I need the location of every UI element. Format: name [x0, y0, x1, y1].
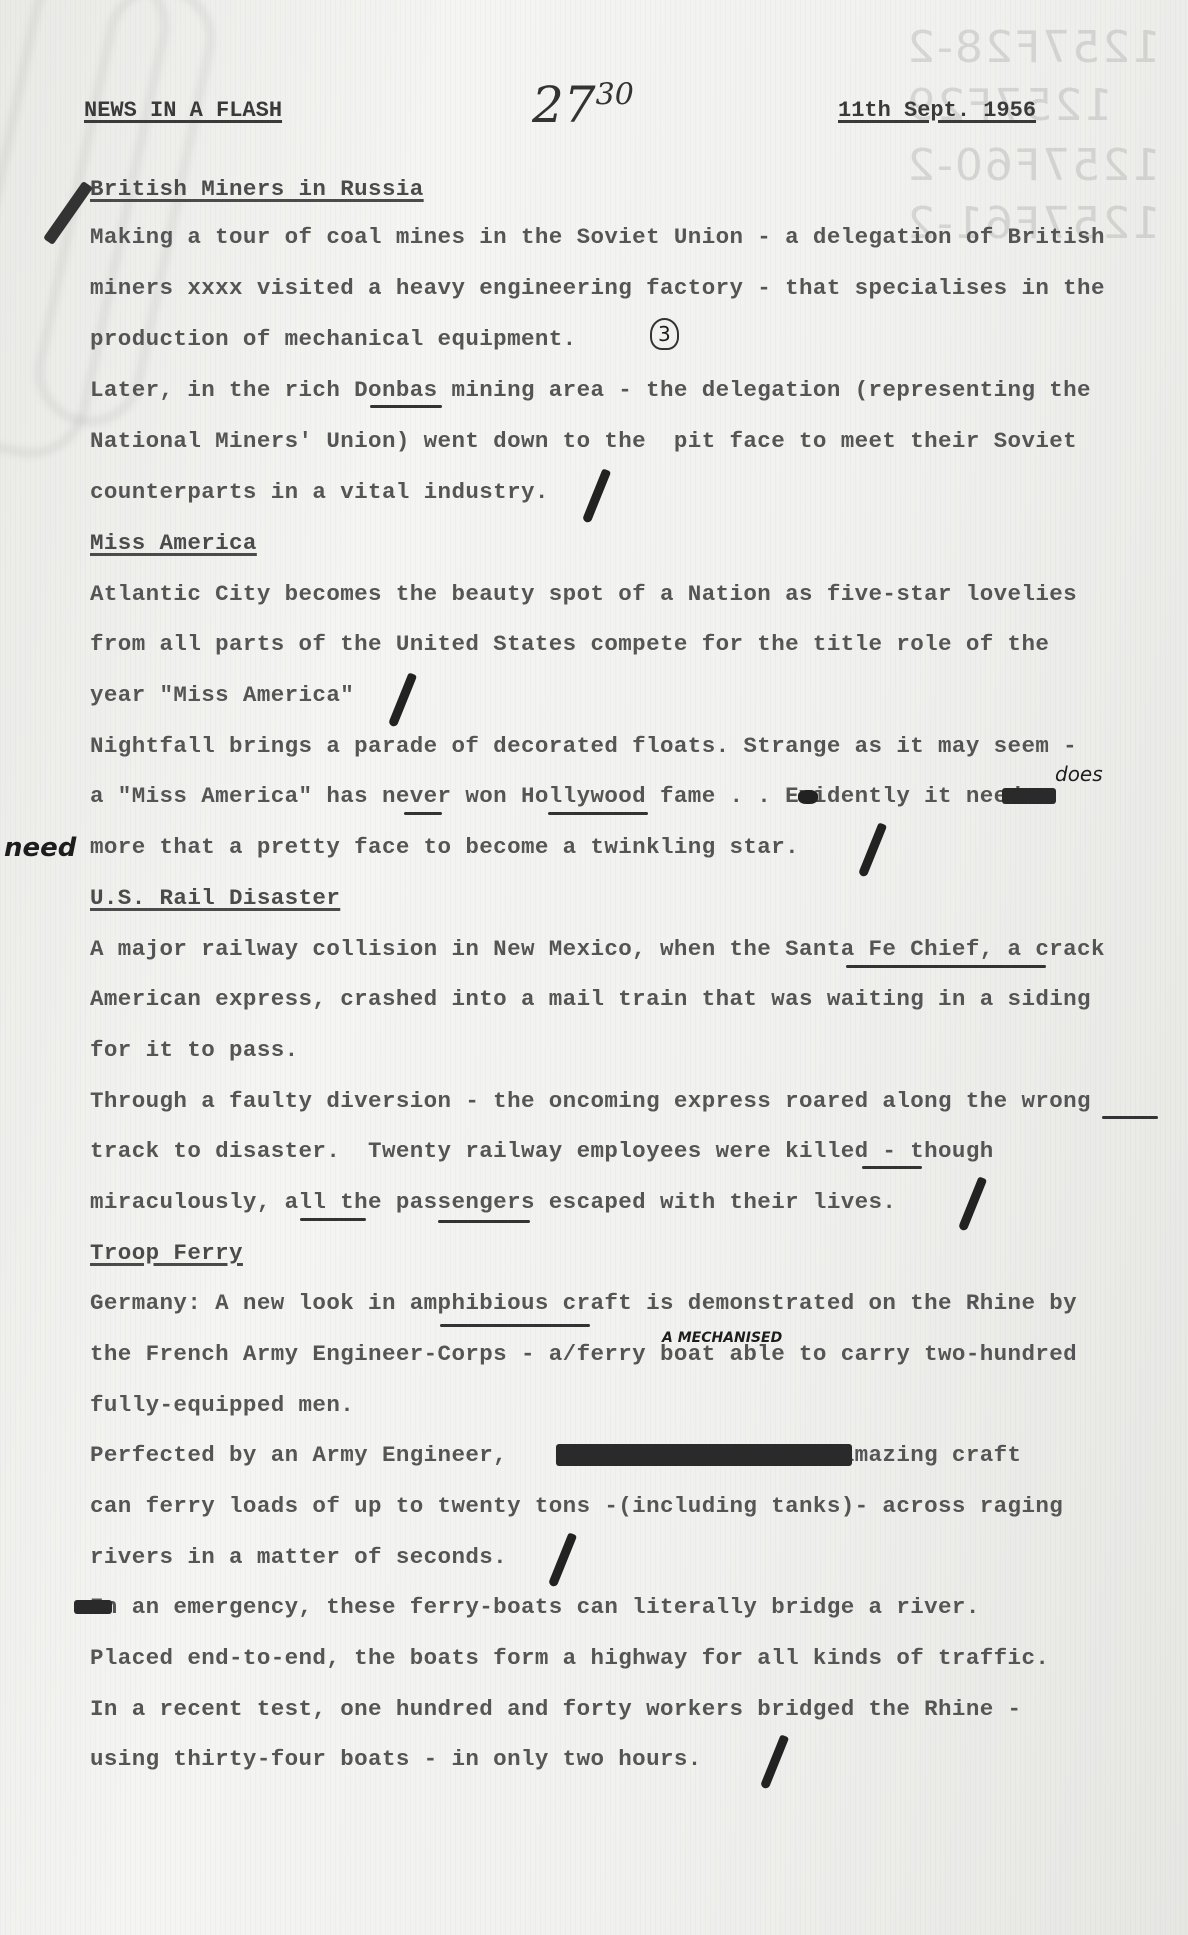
- story-line: for it to pass.: [90, 1039, 299, 1062]
- story-line: National Miners' Union) went down to the…: [90, 430, 1077, 453]
- hand-underline-donbas: [370, 405, 442, 408]
- paragraph-tick-mark: [548, 1532, 577, 1587]
- story-line: miners xxxx visited a heavy engineering …: [90, 277, 1105, 300]
- document-date: 11th Sept. 1956: [838, 98, 1036, 123]
- story-line: the French Army Engineer-Corps - a/ferry…: [90, 1343, 1077, 1366]
- story-line: A major railway collision in New Mexico,…: [90, 938, 1105, 961]
- story-line: using thirty-four boats - in only two ho…: [90, 1748, 702, 1771]
- paragraph-tick-mark: [958, 1176, 987, 1231]
- story-line: track to disaster. Twenty railway employ…: [90, 1140, 994, 1163]
- hand-underline-hollywood: [548, 812, 648, 815]
- insert-mechanised-annotation: A MECHANISED: [662, 1330, 782, 1346]
- story-line: from all parts of the United States comp…: [90, 633, 1049, 656]
- story-line: can ferry loads of up to twenty tons -(i…: [90, 1495, 1063, 1518]
- story-line: Nightfall brings a parade of decorated f…: [90, 735, 1077, 758]
- hand-underline-passengers: [438, 1220, 530, 1223]
- circled-number-annotation: 3: [650, 318, 679, 350]
- story-line: In an emergency, these ferry-boats can l…: [90, 1596, 980, 1619]
- handwritten-reel-number: 2730: [532, 76, 634, 134]
- hand-underline-santa-fe-chief: [846, 965, 1046, 968]
- story-heading: U.S. Rail Disaster: [90, 887, 340, 910]
- insert-does-annotation: does: [1055, 762, 1103, 786]
- story-heading: Miss America: [90, 532, 257, 555]
- story-line: In a recent test, one hundred and forty …: [90, 1698, 1021, 1721]
- story-line: a "Miss America" has never won Hollywood…: [90, 785, 1035, 808]
- story-line: Germany: A new look in amphibious craft …: [90, 1292, 1077, 1315]
- paragraph-tick-mark: [388, 672, 417, 727]
- story-line: Placed end-to-end, the boats form a high…: [90, 1647, 1049, 1670]
- margin-note-need: need: [4, 833, 76, 863]
- paragraph-tick-mark: [582, 468, 611, 523]
- document-page: 1257F28-2 1257F29 1257F60-2 1257F61-2 NE…: [0, 0, 1188, 1935]
- story-heading: Troop Ferry: [90, 1242, 243, 1265]
- bleed-through-mark: 1257F60-2: [905, 140, 1160, 191]
- strikeout-mark: [74, 1600, 112, 1614]
- story-line: Through a faulty diversion - the oncomin…: [90, 1090, 1091, 1113]
- paragraph-tick-mark: [858, 822, 887, 877]
- paragraph-tick-mark: [760, 1734, 789, 1789]
- story-heading: British Miners in Russia: [90, 178, 424, 201]
- story-line: year "Miss America": [90, 684, 354, 707]
- story-line: Later, in the rich Donbas mining area - …: [90, 379, 1091, 402]
- story-line: production of mechanical equipment.: [90, 328, 577, 351]
- story-line: fully-equipped men.: [90, 1394, 354, 1417]
- programme-title: NEWS IN A FLASH: [84, 98, 282, 123]
- story-line: counterparts in a vital industry.: [90, 481, 549, 504]
- story-line: Making a tour of coal mines in the Sovie…: [90, 226, 1105, 249]
- hand-underline-all: [300, 1218, 366, 1221]
- ink-blot: [798, 790, 818, 804]
- hand-underline-killed: [862, 1166, 922, 1169]
- hand-underline-never: [404, 812, 442, 815]
- strikeout-needs: [1002, 788, 1056, 804]
- bleed-through-mark: 1257F28-2: [905, 22, 1160, 73]
- hand-underline-wrong: [1102, 1116, 1158, 1119]
- story-line: more that a pretty face to become a twin…: [90, 836, 799, 859]
- story-line: American express, crashed into a mail tr…: [90, 988, 1091, 1011]
- story-line: rivers in a matter of seconds.: [90, 1546, 507, 1569]
- story-line: Atlantic City becomes the beauty spot of…: [90, 583, 1077, 606]
- hand-underline-amphibious: [440, 1324, 590, 1327]
- story-line: miraculously, all the passengers escaped…: [90, 1191, 896, 1214]
- redaction-bar: [556, 1444, 852, 1466]
